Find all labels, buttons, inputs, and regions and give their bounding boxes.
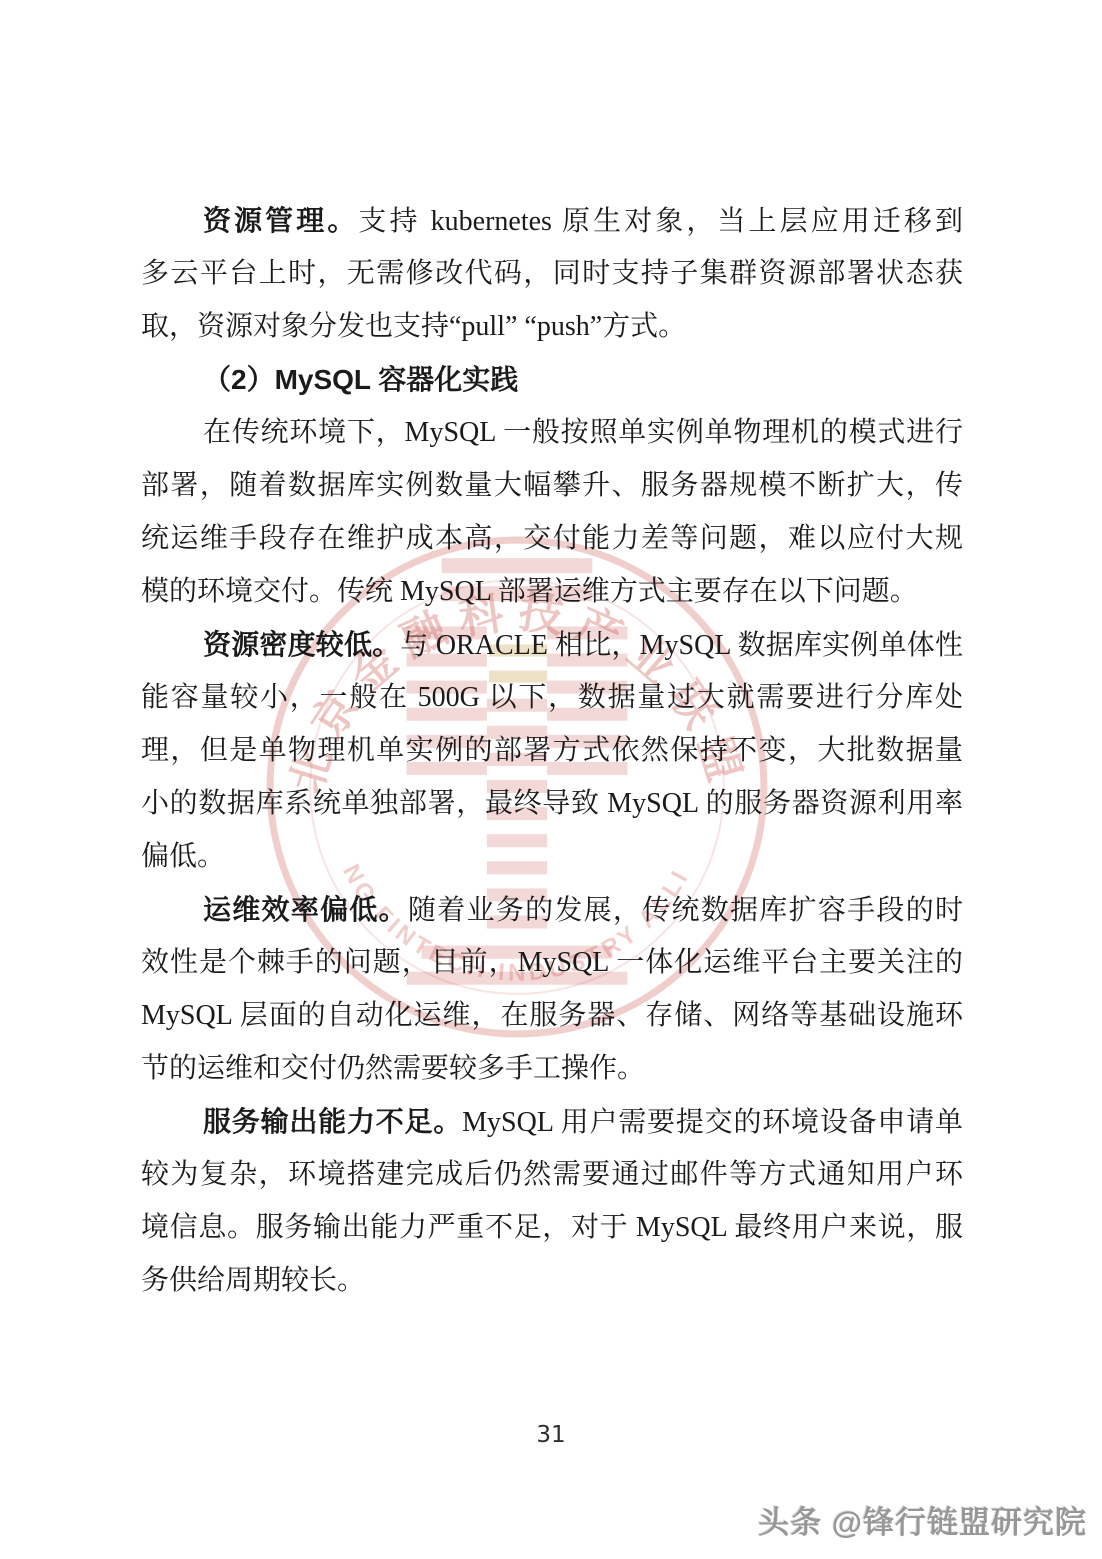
section-heading: （2）MySQL 容器化实践 <box>141 353 963 406</box>
text-line: 统运维手段存在维护成本高，交付能力差等问题，难以应付大规 <box>141 512 963 565</box>
text-line: 小的数据库系统单独部署，最终导致 MySQL 的服务器资源利用率 <box>141 777 963 830</box>
text-run: 能容量较小，一般在 500G 以下，数据量过大就需要进行分库处 <box>141 682 963 713</box>
bold-run: 资源管理。 <box>203 205 358 236</box>
text-run: 境信息。服务输出能力严重不足，对于 MySQL 最终用户来说，服 <box>141 1212 963 1243</box>
bold-run: 服务输出能力不足。 <box>203 1106 462 1137</box>
text-run: 统运维手段存在维护成本高，交付能力差等问题，难以应付大规 <box>141 523 963 554</box>
text-run: 效性是个棘手的问题，目前，MySQL 一体化运维平台主要关注的 <box>141 947 963 978</box>
text-run: 理，但是单物理机单实例的部署方式依然保持不变，大批数据量 <box>141 735 963 766</box>
text-run: 取，资源对象分发也支持“pull” “push”方式。 <box>141 311 686 342</box>
text-line: 多云平台上时，无需修改代码，同时支持子集群资源部署状态获 <box>141 247 963 300</box>
text-run: 偏低。 <box>141 841 225 872</box>
toutiao-credit-watermark: 头条 @锋行链盟研究院 <box>758 1497 1087 1542</box>
text-run: 部署，随着数据库实例数量大幅攀升、服务器规模不断扩大，传 <box>141 470 963 501</box>
text-run: 较为复杂，环境搭建完成后仍然需要通过邮件等方式通知用户环 <box>141 1159 963 1190</box>
text-line: 境信息。服务输出能力严重不足，对于 MySQL 最终用户来说，服 <box>141 1201 963 1254</box>
text-run: 务供给周期较长。 <box>141 1265 365 1296</box>
text-run: MySQL 用户需要提交的环境设备申请单 <box>462 1107 963 1138</box>
text-line: 理，但是单物理机单实例的部署方式依然保持不变，大批数据量 <box>141 724 963 777</box>
text-line: 能容量较小，一般在 500G 以下，数据量过大就需要进行分库处 <box>141 671 963 724</box>
text-line: 模的环境交付。传统 MySQL 部署运维方式主要存在以下问题。 <box>141 565 963 618</box>
text-line: 资源密度较低。与 ORACLE 相比，MySQL 数据库实例单体性 <box>141 618 963 671</box>
text-line: 服务输出能力不足。MySQL 用户需要提交的环境设备申请单 <box>141 1095 963 1148</box>
bold-run: 资源密度较低。 <box>203 629 400 660</box>
text-line: 效性是个棘手的问题，目前，MySQL 一体化运维平台主要关注的 <box>141 936 963 989</box>
text-run: 多云平台上时，无需修改代码，同时支持子集群资源部署状态获 <box>141 258 963 289</box>
text-run: 随着业务的发展，传统数据库扩容手段的时 <box>408 895 963 926</box>
bold-run: （2）MySQL 容器化实践 <box>203 364 518 395</box>
text-run: 支持 kubernetes 原生对象，当上层应用迁移到 <box>358 206 963 237</box>
text-run: 节的运维和交付仍然需要较多手工操作。 <box>141 1053 645 1084</box>
text-run: 与 ORACLE 相比，MySQL 数据库实例单体性 <box>400 630 963 661</box>
text-line: 部署，随着数据库实例数量大幅攀升、服务器规模不断扩大，传 <box>141 459 963 512</box>
text-line: MySQL 层面的自动化运维，在服务器、存储、网络等基础设施环 <box>141 989 963 1042</box>
body-text: 资源管理。支持 kubernetes 原生对象，当上层应用迁移到多云平台上时，无… <box>141 194 963 1307</box>
text-line: 运维效率偏低。随着业务的发展，传统数据库扩容手段的时 <box>141 883 963 936</box>
text-line: 节的运维和交付仍然需要较多手工操作。 <box>141 1042 963 1095</box>
text-line: 偏低。 <box>141 830 963 883</box>
text-line: 务供给周期较长。 <box>141 1254 963 1307</box>
text-run: 在传统环境下，MySQL 一般按照单实例单物理机的模式进行 <box>203 417 963 448</box>
text-line: 较为复杂，环境搭建完成后仍然需要通过邮件等方式通知用户环 <box>141 1148 963 1201</box>
document-page: 北京金融科技产业联盟 BEIJING FINTECH INDUSTRY ALLI… <box>0 0 1102 1559</box>
text-line: 资源管理。支持 kubernetes 原生对象，当上层应用迁移到 <box>141 194 963 247</box>
text-run: 模的环境交付。传统 MySQL 部署运维方式主要存在以下问题。 <box>141 576 918 607</box>
text-line: 取，资源对象分发也支持“pull” “push”方式。 <box>141 300 963 353</box>
bold-run: 运维效率偏低。 <box>203 894 408 925</box>
text-run: 小的数据库系统单独部署，最终导致 MySQL 的服务器资源利用率 <box>141 788 963 819</box>
text-run: MySQL 层面的自动化运维，在服务器、存储、网络等基础设施环 <box>141 1000 963 1031</box>
page-number: 31 <box>0 1422 1102 1448</box>
text-line: 在传统环境下，MySQL 一般按照单实例单物理机的模式进行 <box>141 406 963 459</box>
